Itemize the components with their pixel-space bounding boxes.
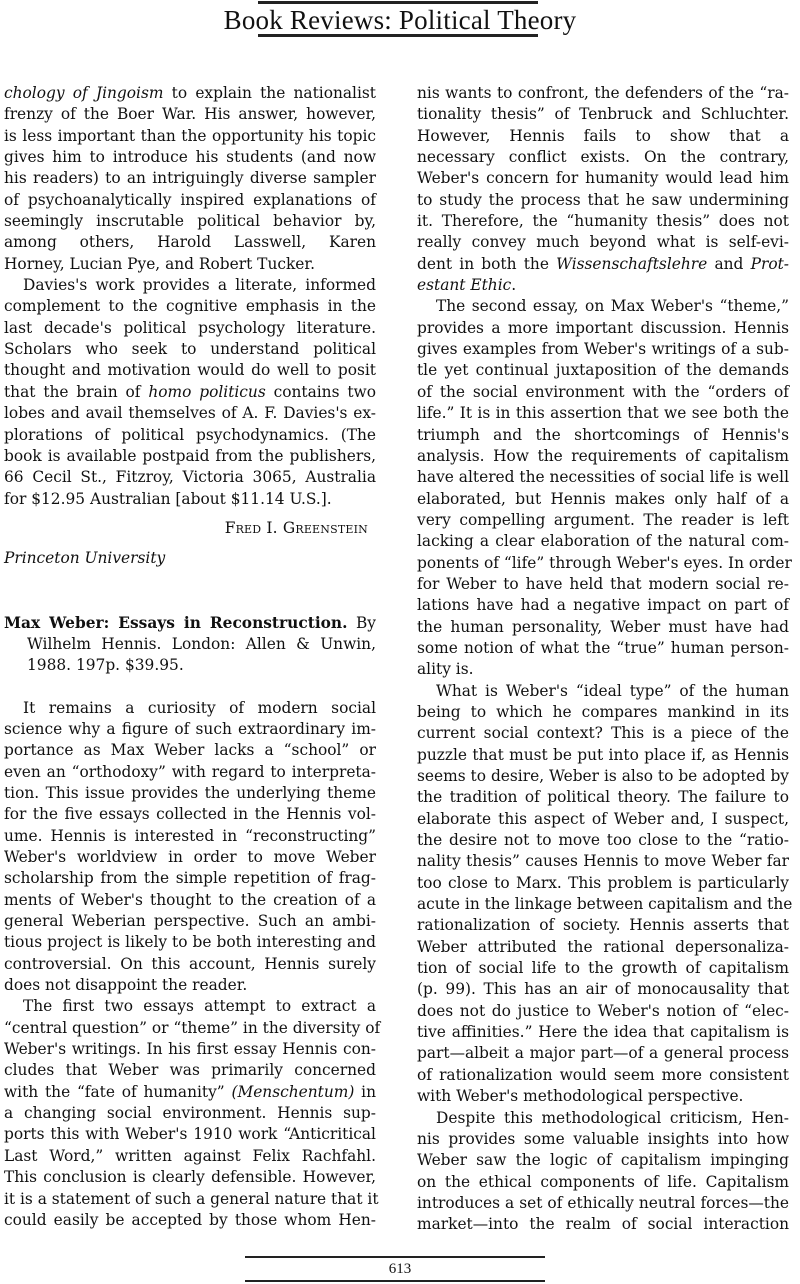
text-line: Weber's concern for humanity would lead …: [417, 168, 789, 189]
text-line: Wilhelm Hennis. London: Allen & Unwin,: [4, 634, 376, 655]
book-title: Max Weber: Essays in Reconstruction.: [4, 614, 347, 632]
text-line: some notion of what the “true” human per…: [417, 638, 789, 659]
text-line: very compelling argument. The reader is …: [417, 510, 789, 531]
continued-paragraph: nis wants to confront, the defenders of …: [417, 83, 789, 296]
text-line: Weber's worldview in order to move Weber: [4, 847, 376, 868]
text-line: gives him to introduce his students (and…: [4, 147, 376, 168]
text-line: for $12.95 Australian [about $11.14 U.S.…: [4, 489, 376, 510]
text-line: Last Word,” written against Felix Rachfa…: [4, 1146, 376, 1167]
text-line: ponents of “life” through Weber's eyes. …: [417, 553, 789, 574]
text-line: book is available postpaid from the publ…: [4, 446, 376, 467]
running-header: Book Reviews: Political Theory: [0, 0, 800, 44]
text-line: acute in the linkage between capitalism …: [417, 894, 789, 915]
text-line: Weber's writings. In his first essay Hen…: [4, 1039, 376, 1060]
text-line: tion. This issue provides the underlying…: [4, 783, 376, 804]
text-line: Davies's work provides a literate, infor…: [4, 275, 376, 296]
text-line: it is a statement of such a general natu…: [4, 1189, 376, 1210]
text-line: a changing social environment. Hennis su…: [4, 1103, 376, 1124]
italic-term: Prot-: [751, 255, 789, 273]
text-line: of rationalization would seem more consi…: [417, 1065, 789, 1086]
text-line: portance as Max Weber lacks a “school” o…: [4, 740, 376, 761]
text-line: with Weber's methodological perspective.: [417, 1086, 789, 1107]
text-line: lations have had a negative impact on pa…: [417, 595, 789, 616]
text-line: nis wants to confront, the defenders of …: [417, 83, 789, 104]
text-line: does not disappoint the reader.: [4, 975, 376, 996]
text-line: Max Weber: Essays in Reconstruction. By: [4, 613, 376, 634]
text-line: tle yet continual juxtaposition of the d…: [417, 360, 789, 381]
text-line: science why a figure of such extraordina…: [4, 719, 376, 740]
text-line: cludes that Weber was primarily concerne…: [4, 1060, 376, 1081]
book-citation-heading: Max Weber: Essays in Reconstruction. By …: [4, 613, 376, 677]
text-line: gives examples from Weber's writings of …: [417, 339, 789, 360]
text-line: even an “orthodoxy” with regard to inter…: [4, 762, 376, 783]
text-line: Scholars who seek to understand politica…: [4, 339, 376, 360]
text-line: on the ethical components of life. Capit…: [417, 1172, 789, 1193]
text-line: dent in both the Wissenschaftslehre and …: [417, 254, 789, 275]
text-line: seemingly inscrutable political behavior…: [4, 211, 376, 232]
header-rule-top: [258, 1, 538, 4]
text-line: lacking a clear elaboration of the natur…: [417, 531, 789, 552]
text-line: Weber saw the logic of capitalism imping…: [417, 1150, 789, 1171]
text-line: frenzy of the Boer War. His answer, howe…: [4, 104, 376, 125]
italic-term: homo politicus: [148, 383, 265, 401]
text-line: current social context? This is a piece …: [417, 723, 789, 744]
text-line: triumph and the shortcomings of Hennis's: [417, 425, 789, 446]
text-line: analysis. How the requirements of capita…: [417, 446, 789, 467]
text-line: However, Hennis fails to show that a: [417, 126, 789, 147]
footer-rule-bottom: [245, 1280, 545, 1282]
text-line: that the brain of homo politicus contain…: [4, 382, 376, 403]
text-line: the human personality, Weber must have h…: [417, 617, 789, 638]
text-line: elaborated, but Hennis makes only half o…: [417, 489, 789, 510]
text-line: the tradition of political theory. The f…: [417, 787, 789, 808]
text-line: This conclusion is clearly defensible. H…: [4, 1167, 376, 1188]
text-line: does not do justice to Weber's notion of…: [417, 1001, 789, 1022]
italic-term: Wissenschaftslehre: [556, 255, 707, 273]
text-line: The first two essays attempt to extract …: [4, 996, 376, 1017]
text-line: tious project is likely to be both inter…: [4, 932, 376, 953]
continued-paragraph: chology of Jingoism to explain the natio…: [4, 83, 376, 275]
text-line: chology of Jingoism to explain the natio…: [4, 83, 376, 104]
text-line: estant Ethic.: [417, 275, 789, 296]
text-line: tionality thesis” of Tenbruck and Schluc…: [417, 104, 789, 125]
review-paragraph: It remains a curiosity of modern social …: [4, 698, 376, 997]
running-title: Book Reviews: Political Theory: [0, 5, 800, 35]
text-line: lobes and avail themselves of A. F. Davi…: [4, 403, 376, 424]
text-line: provides a more important discussion. He…: [417, 318, 789, 339]
footer-rule-top: [245, 1256, 545, 1258]
italic-term: estant Ethic: [417, 276, 511, 294]
text-line: among others, Harold Lasswell, Karen: [4, 232, 376, 253]
text-line: necessary conflict exists. On the contra…: [417, 147, 789, 168]
text-line: 1988. 197p. $39.95.: [4, 655, 376, 676]
text-line: Despite this methodological criticism, H…: [417, 1108, 789, 1129]
text-line: for Weber to have held that modern socia…: [417, 574, 789, 595]
text-line: 66 Cecil St., Fitzroy, Victoria 3065, Au…: [4, 467, 376, 488]
text-line: to study the process that he saw undermi…: [417, 190, 789, 211]
text-line: introduces a set of ethically neutral fo…: [417, 1193, 789, 1214]
text-line: it. Therefore, the “humanity thesis” doe…: [417, 211, 789, 232]
header-rule-bottom: [258, 34, 538, 37]
review-paragraph: What is Weber's “ideal type” of the huma…: [417, 681, 789, 1108]
text-line: of the social environment with the “orde…: [417, 382, 789, 403]
text-line: What is Weber's “ideal type” of the huma…: [417, 681, 789, 702]
text-line: The second essay, on Max Weber's “theme,…: [417, 296, 789, 317]
text-line: Horney, Lucian Pye, and Robert Tucker.: [4, 254, 376, 275]
text-line: ports this with Weber's 1910 work “Antic…: [4, 1124, 376, 1145]
text-line: his readers) to an intriguingly diverse …: [4, 168, 376, 189]
text-line: last decade's political psychology liter…: [4, 318, 376, 339]
italic-term: (Menschentum): [231, 1083, 354, 1101]
text-line: thought and motivation would do well to …: [4, 360, 376, 381]
text-line: for the five essays collected in the Hen…: [4, 804, 376, 825]
paragraph: Davies's work provides a literate, infor…: [4, 275, 376, 510]
page-footer: 613: [0, 1250, 800, 1284]
text-line: seems to desire, Weber is also to be ado…: [417, 766, 789, 787]
text-line: nis provides some valuable insights into…: [417, 1129, 789, 1150]
text-line: puzzle that must be put into place if, a…: [417, 745, 789, 766]
text-line: plorations of political psychodynamics. …: [4, 425, 376, 446]
text-line: “central question” or “theme” in the div…: [4, 1018, 376, 1039]
page-number: 613: [0, 1260, 800, 1278]
right-column: nis wants to confront, the defenders of …: [417, 83, 789, 1236]
text-line: really convey much beyond what is self-e…: [417, 232, 789, 253]
text-line: could easily be accepted by those whom H…: [4, 1210, 376, 1231]
text-line: general Weberian perspective. Such an am…: [4, 911, 376, 932]
text-line: It remains a curiosity of modern social: [4, 698, 376, 719]
text-line: is less important than the opportunity h…: [4, 126, 376, 147]
text-line: too close to Marx. This problem is parti…: [417, 873, 789, 894]
text-line: complement to the cognitive emphasis in …: [4, 296, 376, 317]
text-line: controversial. On this account, Hennis s…: [4, 954, 376, 975]
text-line: elaborate this aspect of Weber and, I su…: [417, 809, 789, 830]
text-line: have altered the necessities of social l…: [417, 467, 789, 488]
review-paragraph: The first two essays attempt to extract …: [4, 996, 376, 1231]
text-line: Weber attributed the rational depersonal…: [417, 937, 789, 958]
review-paragraph: The second essay, on Max Weber's “theme,…: [417, 296, 789, 680]
text-line: nality thesis” causes Hennis to move Web…: [417, 851, 789, 872]
reviewer-signature: Fred I. Greenstein: [4, 518, 376, 539]
text-line: with the “fate of humanity” (Menschentum…: [4, 1082, 376, 1103]
text-line: ments of Weber's thought to the creation…: [4, 890, 376, 911]
text-line: market—into the realm of social interact…: [417, 1214, 789, 1235]
text-line: ume. Hennis is interested in “reconstruc…: [4, 826, 376, 847]
review-paragraph: Despite this methodological criticism, H…: [417, 1108, 789, 1236]
text-line: tive affinities.” Here the idea that cap…: [417, 1022, 789, 1043]
text-line: the desire not to move too close to the …: [417, 830, 789, 851]
italic-title: chology of Jingoism: [4, 84, 163, 102]
text-line: life.” It is in this assertion that we s…: [417, 403, 789, 424]
text-line: (p. 99). This has an air of monocausalit…: [417, 979, 789, 1000]
text-line: part—albeit a major part—of a general pr…: [417, 1043, 789, 1064]
left-column: chology of Jingoism to explain the natio…: [4, 83, 376, 1231]
text-line: tion of social life to the growth of cap…: [417, 958, 789, 979]
text-line: scholarship from the simple repetition o…: [4, 868, 376, 889]
text-line: being to which he compares mankind in it…: [417, 702, 789, 723]
text-line: rationalization of society. Hennis asser…: [417, 915, 789, 936]
text-line: ality is.: [417, 659, 789, 680]
reviewer-affiliation: Princeton University: [4, 548, 376, 569]
text-line: of psychoanalytically inspired explanati…: [4, 190, 376, 211]
